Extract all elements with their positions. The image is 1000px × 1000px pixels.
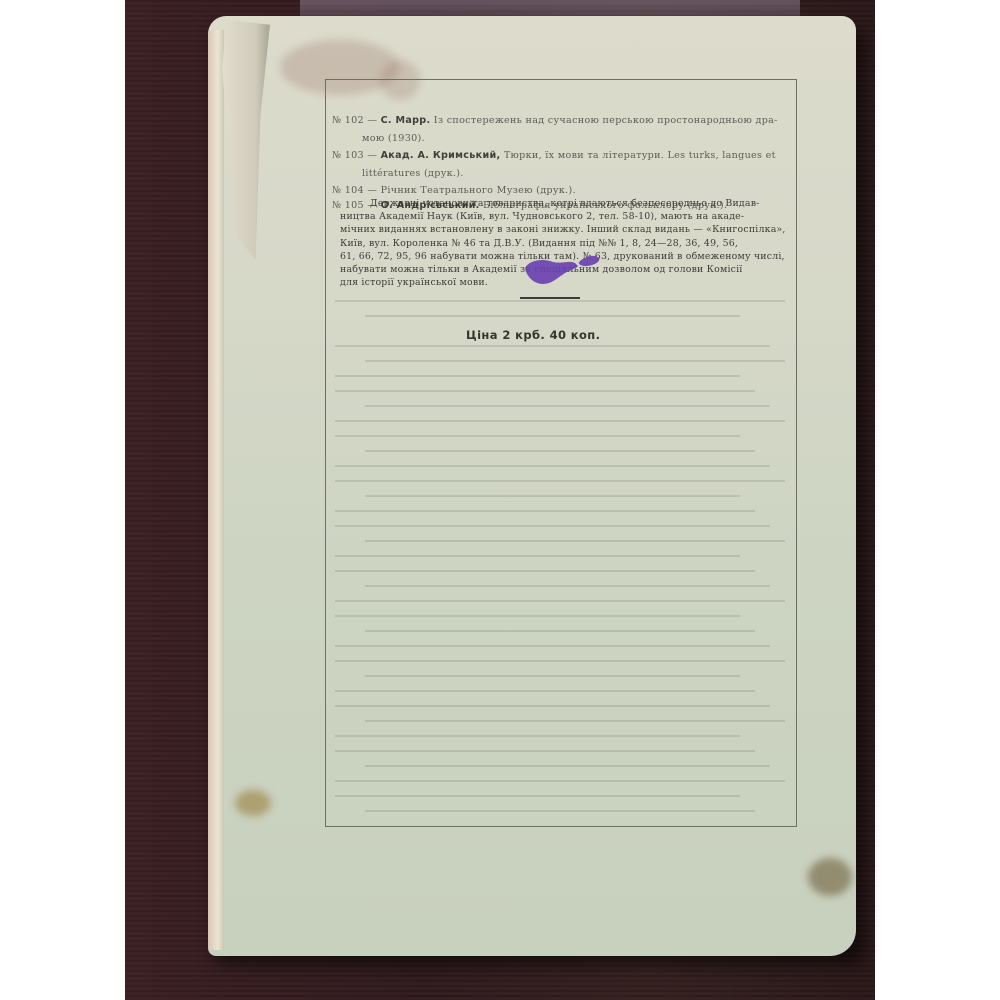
show-through-line xyxy=(335,465,770,467)
purple-ink-stamp xyxy=(523,254,603,288)
list-item-continuation: littératures (друк.). xyxy=(332,165,792,183)
show-through-line xyxy=(365,720,785,722)
show-through-line xyxy=(365,765,770,767)
show-through-line xyxy=(335,705,770,707)
notice-line: Державні установи та товариства, котрі в… xyxy=(340,197,788,210)
notice-line: ництва Академії Наук (Київ, вул. Чудновс… xyxy=(340,210,788,223)
price-label: Ціна 2 крб. 40 коп. xyxy=(466,328,666,342)
show-through-line xyxy=(335,435,740,437)
list-item: № 102 — С. Марр. Із спостережень над суч… xyxy=(332,112,792,130)
list-item-continuation: мою (1930). xyxy=(332,130,792,148)
show-through-line xyxy=(335,420,785,422)
show-through-line xyxy=(365,360,785,362)
show-through-line xyxy=(365,585,770,587)
show-through-line xyxy=(335,750,755,752)
stain-bottom-right xyxy=(808,858,852,896)
show-through-line xyxy=(335,510,755,512)
show-through-line xyxy=(335,525,770,527)
show-through-line xyxy=(365,315,740,317)
show-through-line xyxy=(335,690,755,692)
show-through-line xyxy=(335,375,740,377)
show-through-line xyxy=(365,495,740,497)
show-through-line xyxy=(335,345,770,347)
show-through-line xyxy=(335,795,740,797)
divider-rule xyxy=(520,297,580,299)
stain-bottom-left xyxy=(235,790,271,816)
list-item: № 103 — Акад. А. Кримський, Тюрки, їх мо… xyxy=(332,147,792,165)
show-through-line xyxy=(335,300,785,302)
show-through-line xyxy=(365,630,755,632)
show-through-line xyxy=(335,615,740,617)
show-through-line xyxy=(335,645,770,647)
book-spine-edge xyxy=(208,30,224,950)
notice-line: мічних виданнях встановлену в законі зни… xyxy=(340,223,788,236)
show-through-line xyxy=(365,405,770,407)
notice-line: Київ, вул. Короленка № 46 та Д.В.У. (Вид… xyxy=(340,237,788,250)
show-through-line xyxy=(335,555,740,557)
show-through-line xyxy=(335,735,740,737)
show-through-line xyxy=(335,600,785,602)
show-through-line xyxy=(335,390,755,392)
show-through-line xyxy=(365,810,755,812)
show-through-line xyxy=(335,780,785,782)
show-through-line xyxy=(335,480,785,482)
show-through-line xyxy=(365,450,755,452)
show-through-line xyxy=(365,540,785,542)
show-through-line xyxy=(365,675,740,677)
show-through-line xyxy=(335,660,785,662)
show-through-line xyxy=(335,570,755,572)
